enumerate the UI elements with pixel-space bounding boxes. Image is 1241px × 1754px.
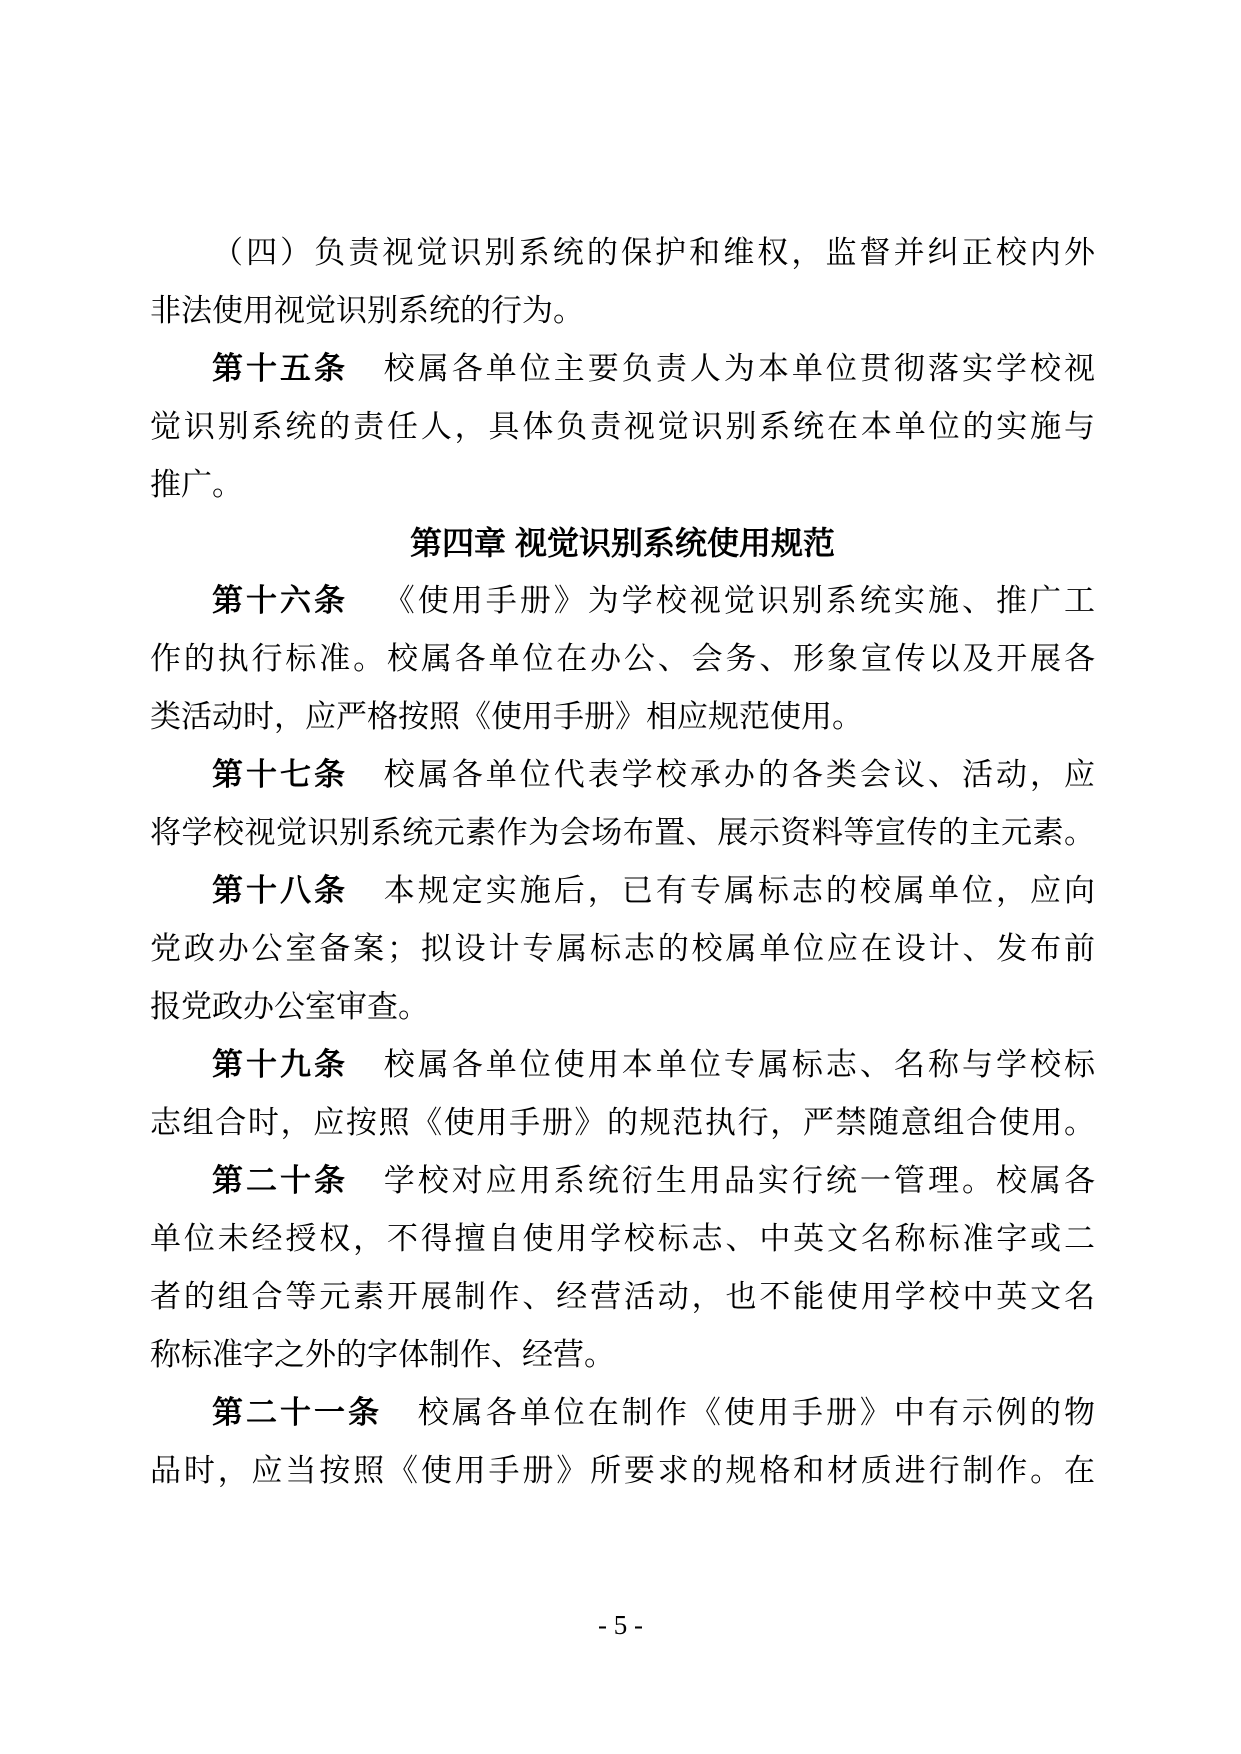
- line-text: 推广。: [150, 467, 243, 502]
- article-number: 第十六条: [212, 583, 348, 618]
- text-line: 非法使用视觉识别系统的行为。: [150, 282, 1095, 340]
- text-line: 称标准字之外的字体制作、经营。: [150, 1326, 1095, 1384]
- text-line: 第十五条校属各单位主要负责人为本单位贯彻落实学校视: [150, 340, 1095, 398]
- line-text: 作的执行标准。校属各单位在办公、会务、形象宣传以及开展各: [150, 641, 1095, 676]
- line-text: 党政办公室备案；拟设计专属标志的校属单位应在设计、发布前: [150, 931, 1095, 966]
- line-text: 称标准字之外的字体制作、经营。: [150, 1337, 615, 1372]
- page-number: - 5 -: [0, 1607, 1241, 1643]
- line-text: 品时，应当按照《使用手册》所要求的规格和材质进行制作。在: [150, 1453, 1095, 1488]
- article-number: 第十九条: [212, 1047, 348, 1082]
- article-number: 第十七条: [212, 757, 348, 792]
- chapter-heading-text: 第四章 视觉识别系统使用规范: [410, 525, 835, 561]
- article-number: 第二十一条: [212, 1395, 382, 1430]
- line-text: 类活动时，应严格按照《使用手册》相应规范使用。: [150, 699, 863, 734]
- article-number: 第十八条: [212, 873, 348, 908]
- line-text: 觉识别系统的责任人，具体负责视觉识别系统在本单位的实施与: [150, 409, 1095, 444]
- document-page: （四）负责视觉识别系统的保护和维权，监督并纠正校内外 非法使用视觉识别系统的行为…: [0, 0, 1241, 1754]
- document-body: （四）负责视觉识别系统的保护和维权，监督并纠正校内外 非法使用视觉识别系统的行为…: [150, 224, 1095, 1500]
- text-line: 志组合时，应按照《使用手册》的规范执行，严禁随意组合使用。: [150, 1094, 1095, 1152]
- line-text: 学校对应用系统衍生用品实行统一管理。校属各: [384, 1163, 1095, 1198]
- text-line: 第十八条本规定实施后，已有专属标志的校属单位，应向: [150, 862, 1095, 920]
- text-line: 党政办公室备案；拟设计专属标志的校属单位应在设计、发布前: [150, 920, 1095, 978]
- text-line: 者的组合等元素开展制作、经营活动，也不能使用学校中英文名: [150, 1268, 1095, 1326]
- text-line: 单位未经授权，不得擅自使用学校标志、中英文名称标准字或二: [150, 1210, 1095, 1268]
- text-line: 推广。: [150, 456, 1095, 514]
- line-text: 志组合时，应按照《使用手册》的规范执行，严禁随意组合使用。: [150, 1105, 1095, 1140]
- chapter-heading: 第四章 视觉识别系统使用规范: [150, 514, 1095, 572]
- text-line: 品时，应当按照《使用手册》所要求的规格和材质进行制作。在: [150, 1442, 1095, 1500]
- line-text: 单位未经授权，不得擅自使用学校标志、中英文名称标准字或二: [150, 1221, 1095, 1256]
- line-text: （四）负责视觉识别系统的保护和维权，监督并纠正校内外: [212, 235, 1095, 270]
- line-text: 将学校视觉识别系统元素作为会场布置、展示资料等宣传的主元素。: [150, 815, 1095, 850]
- line-text: 者的组合等元素开展制作、经营活动，也不能使用学校中英文名: [150, 1279, 1095, 1314]
- line-text: 校属各单位在制作《使用手册》中有示例的物: [418, 1395, 1095, 1430]
- text-line: 将学校视觉识别系统元素作为会场布置、展示资料等宣传的主元素。: [150, 804, 1095, 862]
- text-line: 第十七条校属各单位代表学校承办的各类会议、活动，应: [150, 746, 1095, 804]
- line-text: 校属各单位代表学校承办的各类会议、活动，应: [384, 757, 1095, 792]
- text-line: 类活动时，应严格按照《使用手册》相应规范使用。: [150, 688, 1095, 746]
- article-number: 第二十条: [212, 1163, 348, 1198]
- text-line: 第十九条校属各单位使用本单位专属标志、名称与学校标: [150, 1036, 1095, 1094]
- article-number: 第十五条: [212, 351, 348, 386]
- line-text: 校属各单位主要负责人为本单位贯彻落实学校视: [384, 351, 1095, 386]
- line-text: 报党政办公室审查。: [150, 989, 429, 1024]
- text-line: 作的执行标准。校属各单位在办公、会务、形象宣传以及开展各: [150, 630, 1095, 688]
- text-line: 觉识别系统的责任人，具体负责视觉识别系统在本单位的实施与: [150, 398, 1095, 456]
- line-text: 本规定实施后，已有专属标志的校属单位，应向: [384, 873, 1095, 908]
- line-text: 《使用手册》为学校视觉识别系统实施、推广工: [384, 583, 1095, 618]
- text-line: 第十六条《使用手册》为学校视觉识别系统实施、推广工: [150, 572, 1095, 630]
- line-text: 校属各单位使用本单位专属标志、名称与学校标: [384, 1047, 1095, 1082]
- text-line: 第二十一条校属各单位在制作《使用手册》中有示例的物: [150, 1384, 1095, 1442]
- text-line: 第二十条学校对应用系统衍生用品实行统一管理。校属各: [150, 1152, 1095, 1210]
- line-text: 非法使用视觉识别系统的行为。: [150, 293, 584, 328]
- text-line: 报党政办公室审查。: [150, 978, 1095, 1036]
- text-line: （四）负责视觉识别系统的保护和维权，监督并纠正校内外: [150, 224, 1095, 282]
